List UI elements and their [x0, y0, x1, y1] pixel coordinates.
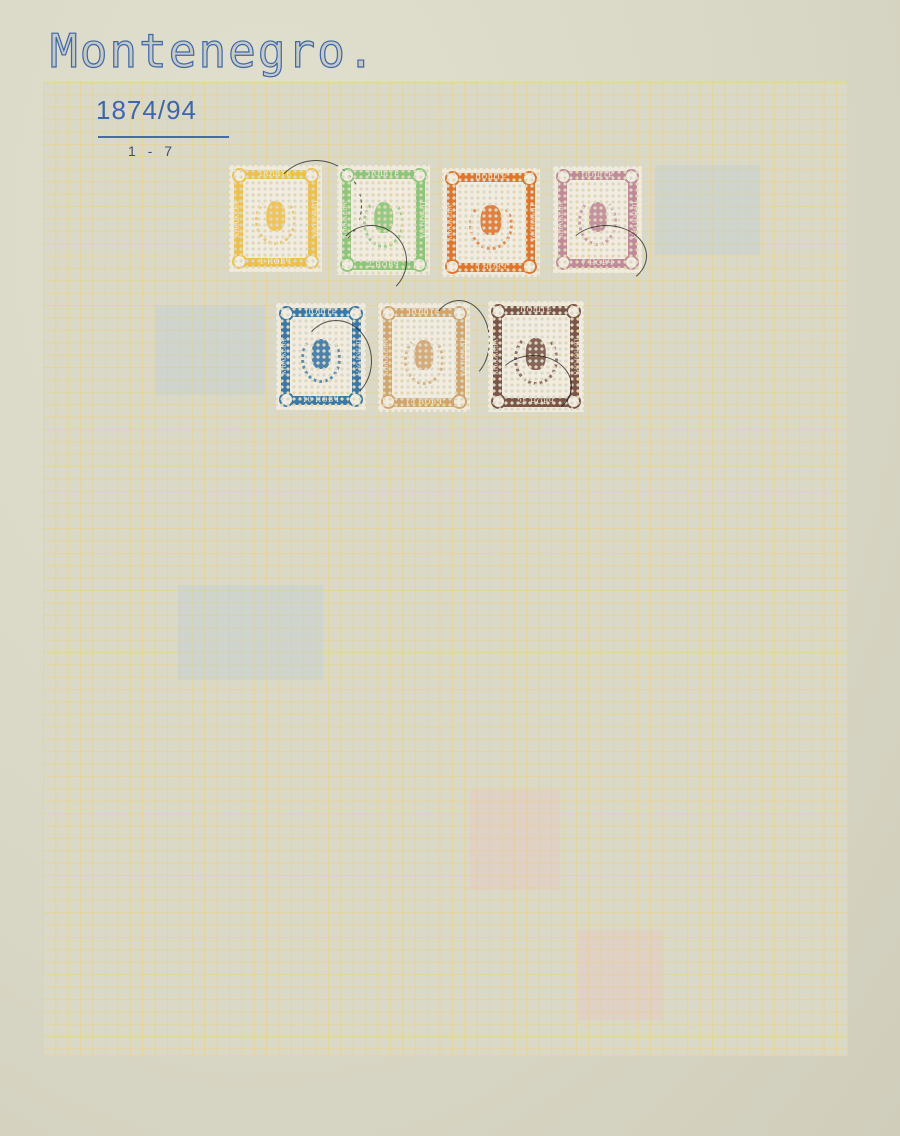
postmark-cancel	[495, 355, 572, 417]
offset-ghost-patch	[470, 790, 560, 890]
stamp-top-label: ПОШТЕ	[442, 173, 540, 182]
postmark-cancel	[335, 225, 407, 297]
stamp-left-label: КЊАЖЕВА	[233, 201, 240, 237]
stamp-left-label: КЊАЖЕВА	[446, 205, 453, 241]
stamp-left-label: КЊАЖЕВА	[492, 339, 499, 375]
stamp-left-label: КЊАЖЕВА	[280, 339, 287, 375]
postmark-cancel	[300, 320, 372, 402]
stamp-top-label: ПОШТЕ	[553, 171, 642, 180]
offset-ghost-patch	[578, 930, 663, 1020]
stamp-top-label: ПОШТЕ	[337, 170, 430, 179]
stamp-denomination: 15 НОВЧ	[378, 398, 470, 407]
postmark-cancel	[565, 225, 647, 287]
postmark-cancel	[428, 300, 490, 382]
stamp-top-label: ПОШТЕ	[276, 308, 366, 317]
underline-rule	[98, 136, 229, 138]
stamp-left-label: КЊАЖЕВА	[557, 202, 564, 238]
offset-ghost-patch	[655, 165, 760, 255]
stamp-right-label: ЦРНОГОРА	[529, 204, 536, 241]
catalogue-range: 1 - 7	[128, 143, 176, 159]
stamp-left-label: КЊАЖЕВА	[382, 340, 389, 376]
offset-ghost-patch	[155, 305, 265, 395]
stamp-right-label: ЦРНОГОРА	[419, 202, 426, 239]
stamp-vignette	[456, 182, 526, 263]
stamp-right-label: ЦРНОГОРА	[573, 338, 580, 375]
stamp-denomination: 5 НОВЧ	[442, 263, 540, 272]
stamp-top-label: ПОШТЕ	[488, 306, 584, 315]
stamp-orange: ПОШТЕ КЊАЖЕВА ЦРНОГОРА 5 НОВЧ	[442, 168, 540, 277]
album-page-title: Montenegro.	[50, 24, 377, 78]
stamp-denomination: 1 НОВЧ	[229, 258, 322, 267]
portrait-icon	[481, 205, 502, 236]
offset-ghost-patch	[178, 585, 323, 680]
issue-years: 1874/94	[96, 95, 197, 126]
